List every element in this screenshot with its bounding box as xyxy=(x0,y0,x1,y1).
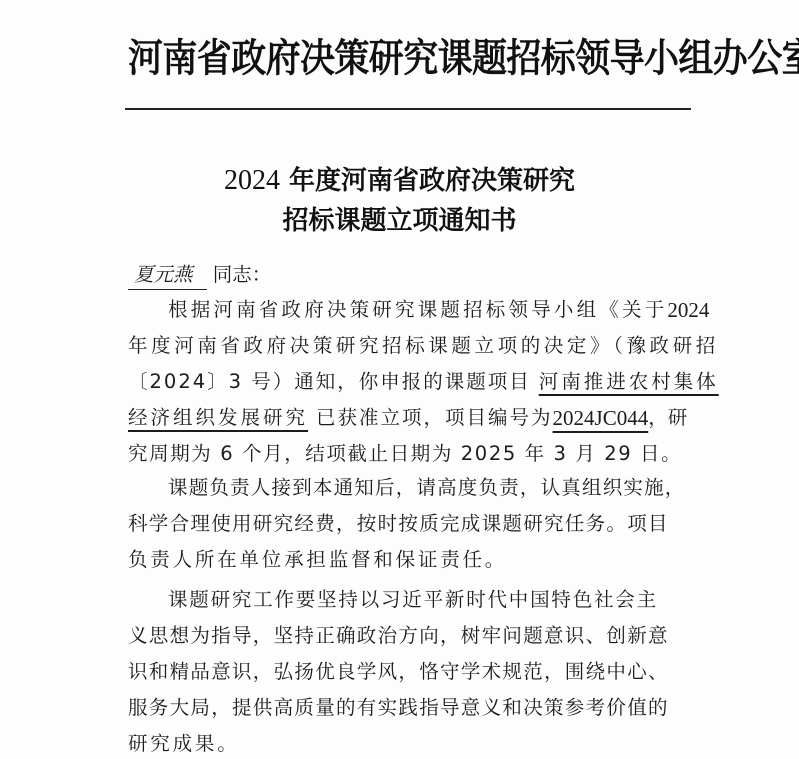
text-line: 经济组织发展研究 已获准立项，项目编号为 2024JC044 ，研 xyxy=(128,400,676,436)
project-title-part2: 经济组织发展研究 xyxy=(128,400,316,436)
document-title-line1: 2024 年度河南省政府决策研究 xyxy=(0,160,799,197)
document-title-line2: 招标课题立项通知书 xyxy=(0,200,799,237)
text-line: 识和精品意识，弘扬优良学风，恪守学术规范，围绕中心、 xyxy=(128,654,676,690)
text-segment: 课题研究工作要坚持以习近平新时代中国特色社会主 xyxy=(168,582,658,618)
text-line: 究周期为 6 个月，结项截止日期为 2025 年 3 月 29 日。 xyxy=(128,436,676,472)
text-line: 课题研究工作要坚持以习近平新时代中国特色社会主 xyxy=(128,582,676,618)
project-number: 2024JC044 xyxy=(553,400,649,436)
text-line: 〔2024〕3 号）通知，你申报的课题项目 河南推进农村集体 xyxy=(128,364,676,400)
text-line: 课题负责人接到本通知后，请高度负责，认真组织实施， xyxy=(128,470,676,506)
text-segment: 已获准立项，项目编号为 xyxy=(316,400,553,436)
paragraph-guidance: 课题研究工作要坚持以习近平新时代中国特色社会主 义思想为指导，坚持正确政治方向，… xyxy=(128,582,676,759)
salutation: 夏元燕 同志： xyxy=(128,257,676,293)
salutation-suffix: 同志： xyxy=(213,263,272,286)
text-line: 服务大局，提供高质量的有实践指导意义和决策参考价值的 xyxy=(128,690,676,726)
text-line: 根据河南省政府决策研究课题招标领导小组《关于 2024 xyxy=(128,292,676,328)
text-segment: 2024 xyxy=(667,292,709,328)
text-segment: 〔2024〕3 号）通知，你申报的课题项目 xyxy=(128,364,531,400)
text-segment: 根据河南省政府决策研究课题招标领导小组《关于 xyxy=(168,292,667,328)
header-divider xyxy=(125,108,691,110)
text-segment: 究周期为 6 个月，结项截止日期为 2025 年 3 月 29 日。 xyxy=(128,436,682,472)
project-title-part1: 河南推进农村集体 xyxy=(531,364,719,400)
text-segment: 科学合理使用研究经费，按时按质完成课题研究任务。项目 xyxy=(128,506,669,542)
text-line: 负责人所在单位承担监督和保证责任。 xyxy=(128,542,676,578)
recipient-name: 夏元燕 xyxy=(128,261,207,290)
title-text: 年度河南省政府决策研究 xyxy=(289,166,575,196)
text-line: 义思想为指导，坚持正确政治方向，树牢问题意识、创新意 xyxy=(128,618,676,654)
organization-header: 河南省政府决策研究课题招标领导小组办公室 xyxy=(128,28,688,84)
paragraph-responsibility: 课题负责人接到本通知后，请高度负责，认真组织实施， 科学合理使用研究经费，按时按… xyxy=(128,470,676,578)
text-line: 科学合理使用研究经费，按时按质完成课题研究任务。项目 xyxy=(128,506,676,542)
text-segment: ，研 xyxy=(648,400,687,436)
text-segment: 识和精品意识，弘扬优良学风，恪守学术规范，围绕中心、 xyxy=(128,654,669,690)
text-segment: 研究成果。 xyxy=(128,726,240,759)
text-segment: 负责人所在单位承担监督和保证责任。 xyxy=(128,542,507,578)
document-page: 河南省政府决策研究课题招标领导小组办公室 2024 年度河南省政府决策研究 招标… xyxy=(0,0,799,759)
paragraph-approval: 根据河南省政府决策研究课题招标领导小组《关于 2024 年度河南省政府决策研究招… xyxy=(128,292,676,472)
text-segment: 义思想为指导，坚持正确政治方向，树牢问题意识、创新意 xyxy=(128,618,669,654)
text-segment: 服务大局，提供高质量的有实践指导意义和决策参考价值的 xyxy=(128,690,669,726)
text-segment: 年度河南省政府决策研究招标课题立项的决定》（豫政研招 xyxy=(128,328,719,364)
text-segment: 课题负责人接到本通知后，请高度负责，认真组织实施， xyxy=(168,470,686,506)
title-year: 2024 xyxy=(224,165,280,196)
text-line: 年度河南省政府决策研究招标课题立项的决定》（豫政研招 xyxy=(128,328,676,364)
text-line: 研究成果。 xyxy=(128,726,676,759)
